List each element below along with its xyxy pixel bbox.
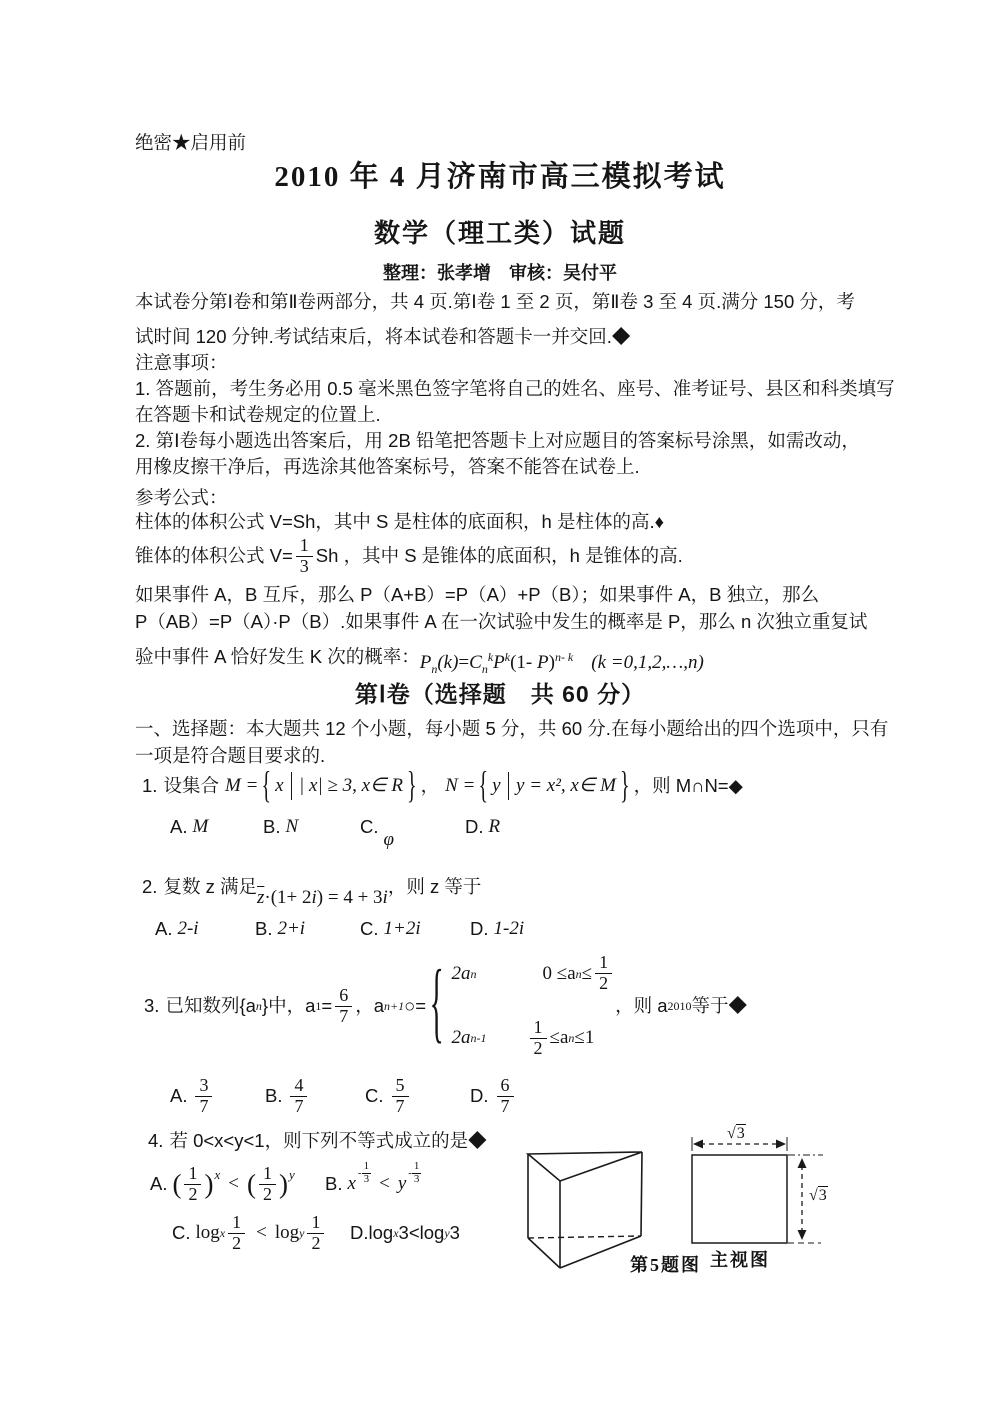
exam-subtitle: 数学（理工类）试题 — [0, 221, 1000, 245]
front-view-label: 主视图 — [710, 1246, 770, 1272]
question-2-text: 复数 z 满足 — [163, 875, 257, 899]
option-b: B.2+i — [255, 917, 305, 941]
reference-formula-title: 参考公式： — [135, 486, 228, 510]
piecewise-brace: { — [430, 968, 444, 1045]
option-d: D.1-2i — [470, 917, 524, 941]
side-dimension-label: √3 — [809, 1187, 828, 1205]
figure-caption: 第5题图 — [630, 1251, 701, 1277]
question-2-options: A.2-i B.2+i C.1+2i D.1-2i — [0, 917, 1000, 947]
section-1-instruction-line-1: 一、选择题：本大题共 12 个小题，每小题 5 分，共 60 分.在每小题给出的… — [135, 717, 888, 741]
left-set-brace: { — [262, 763, 272, 809]
question-4-number: 4. — [148, 1129, 163, 1153]
option-a: A.M — [170, 815, 208, 839]
option-c: C.φ — [360, 815, 394, 839]
question-5-figure: √3 √3 第5题图 主视图 — [505, 1125, 850, 1300]
notice-1-line-1: 1. 答题前，考生务必用 0.5 毫米黑色签字笔将自己的姓名、座号、准考证号、县… — [135, 377, 895, 401]
section-1-heading: 第Ⅰ卷（选择题 共 60 分） — [0, 682, 1000, 706]
a1-fraction: 67 — [335, 986, 352, 1027]
piecewise-cases: 2an0 ≤an≤122an-112≤an≤1 — [452, 953, 616, 1058]
binomial-probability-formula: Pn(k)=CnkPk(1- P)n- k(k =0,1,2,…,n) — [420, 645, 704, 681]
case-1: 2an0 ≤an≤12 — [452, 953, 616, 994]
cone-formula-post: Sh ，其中 S 是锥体的底面积，h 是锥体的高. — [316, 544, 683, 568]
option-d: D.67 — [470, 1076, 517, 1117]
intro-line-2: 试时间 120 分钟.考试结束后，将本试卷和答题卡一并交回.◆ — [135, 325, 630, 349]
set-separator-bar — [508, 772, 510, 800]
question-1-number: 1. — [142, 774, 157, 798]
question-3-options: A.37 B.47 C.57 D.67 — [0, 1076, 1000, 1134]
question-1-options: A.M B.N C.φ D.R — [0, 815, 1000, 859]
option-b: B.47 — [265, 1076, 310, 1117]
notice-1-line-2: 在答题卡和试卷规定的位置上. — [135, 403, 381, 427]
right-set-brace: } — [620, 763, 630, 809]
option-c: C.57 — [365, 1076, 412, 1117]
option-a: A.37 — [170, 1076, 215, 1117]
question-1-text: 设集合 — [163, 774, 219, 798]
probability-rule-line-3: 验中事件 A 恰好发生 K 次的概率：Pn(k)=CnkPk(1- P)n- k… — [135, 638, 704, 676]
byline: 整理：张孝增 审核：吴付平 — [0, 261, 1000, 285]
question-1-stem: 1.设集合M={x| x| ≥ 3, x∈ R}，N={yy = x², x∈ … — [142, 763, 743, 809]
option-b: B.N — [263, 815, 298, 839]
cone-volume-formula: 锥体的体积公式 V=13Sh ，其中 S 是锥体的底面积，h 是锥体的高. — [135, 530, 683, 582]
one-third-fraction: 13 — [296, 536, 313, 577]
question-4-stem: 4.若 0<x<y<1，则下列不等式成立的是◆ — [148, 1128, 487, 1154]
question-4-options-row-2: C.logx12<logy12 D.logx3<logy3 — [0, 1205, 1000, 1261]
question-4-text: 若 0<x<y<1，则下列不等式成立的是◆ — [169, 1129, 486, 1153]
question-3-stem: 3.已知数列{an}中，a1=67，an+1○={2an0 ≤an≤122an-… — [144, 950, 747, 1062]
question-2-number: 2. — [142, 875, 157, 899]
intro-line-1: 本试卷分第Ⅰ卷和第Ⅱ卷两部分，共 4 页.第Ⅰ卷 1 至 2 页，第Ⅱ卷 3 至… — [135, 290, 855, 314]
classification-banner: 绝密★启用前 — [135, 131, 246, 155]
probability-line-3-text: 验中事件 A 恰好发生 K 次的概率： — [135, 645, 420, 669]
left-set-brace: { — [478, 763, 488, 809]
question-4-options-row-1: A.(12)x<(12)y B.x-13<y-13 — [0, 1158, 1000, 1210]
probability-rule-line-1: 如果事件 A，B 互斥，那么 P（A+B）=P（A）+P（B）；如果事件 A，B… — [135, 583, 819, 607]
notice-2-line-1: 2. 第Ⅰ卷每小题选出答案后，用 2B 铅笔把答题卡上对应题目的答案标号涂黑，如… — [135, 429, 860, 453]
option-d: D.R — [465, 815, 500, 839]
right-set-brace: } — [407, 763, 417, 809]
notice-2-line-2: 用橡皮擦干净后，再选涂其他答案标号，答案不能答在试卷上. — [135, 455, 640, 479]
complex-equation: z·(1+ 2i) = 4 + 3i — [257, 885, 388, 910]
question-2-stem: 2.复数 z 满足z·(1+ 2i) = 4 + 3i，则 z 等于 — [142, 866, 481, 908]
option-a: A.(12)x<(12)y — [150, 1158, 295, 1210]
probability-rule-line-2: P（AB）=P（A）·P（B）.如果事件 A 在一次试验中发生的概率是 P，那么… — [135, 610, 867, 634]
notice-title: 注意事项： — [135, 351, 228, 375]
set-separator-bar — [291, 772, 293, 800]
exam-paper-page: 绝密★启用前 2010 年 4 月济南市高三模拟考试 数学（理工类）试题 整理：… — [0, 0, 1000, 1415]
case-2: 2an-112≤an≤1 — [452, 1018, 616, 1059]
cone-formula-pre: 锥体的体积公式 V= — [135, 544, 293, 568]
option-c: C.1+2i — [360, 917, 421, 941]
option-a: A.2-i — [155, 917, 199, 941]
exam-title: 2010 年 4 月济南市高三模拟考试 — [0, 165, 1000, 189]
top-dimension-label: √3 — [727, 1125, 746, 1143]
question-3-number: 3. — [144, 994, 159, 1018]
option-d: D.logx3<logy3 — [350, 1205, 460, 1261]
option-b: B.x-13<y-13 — [325, 1158, 421, 1210]
option-c: C.logx12<logy12 — [172, 1205, 327, 1261]
